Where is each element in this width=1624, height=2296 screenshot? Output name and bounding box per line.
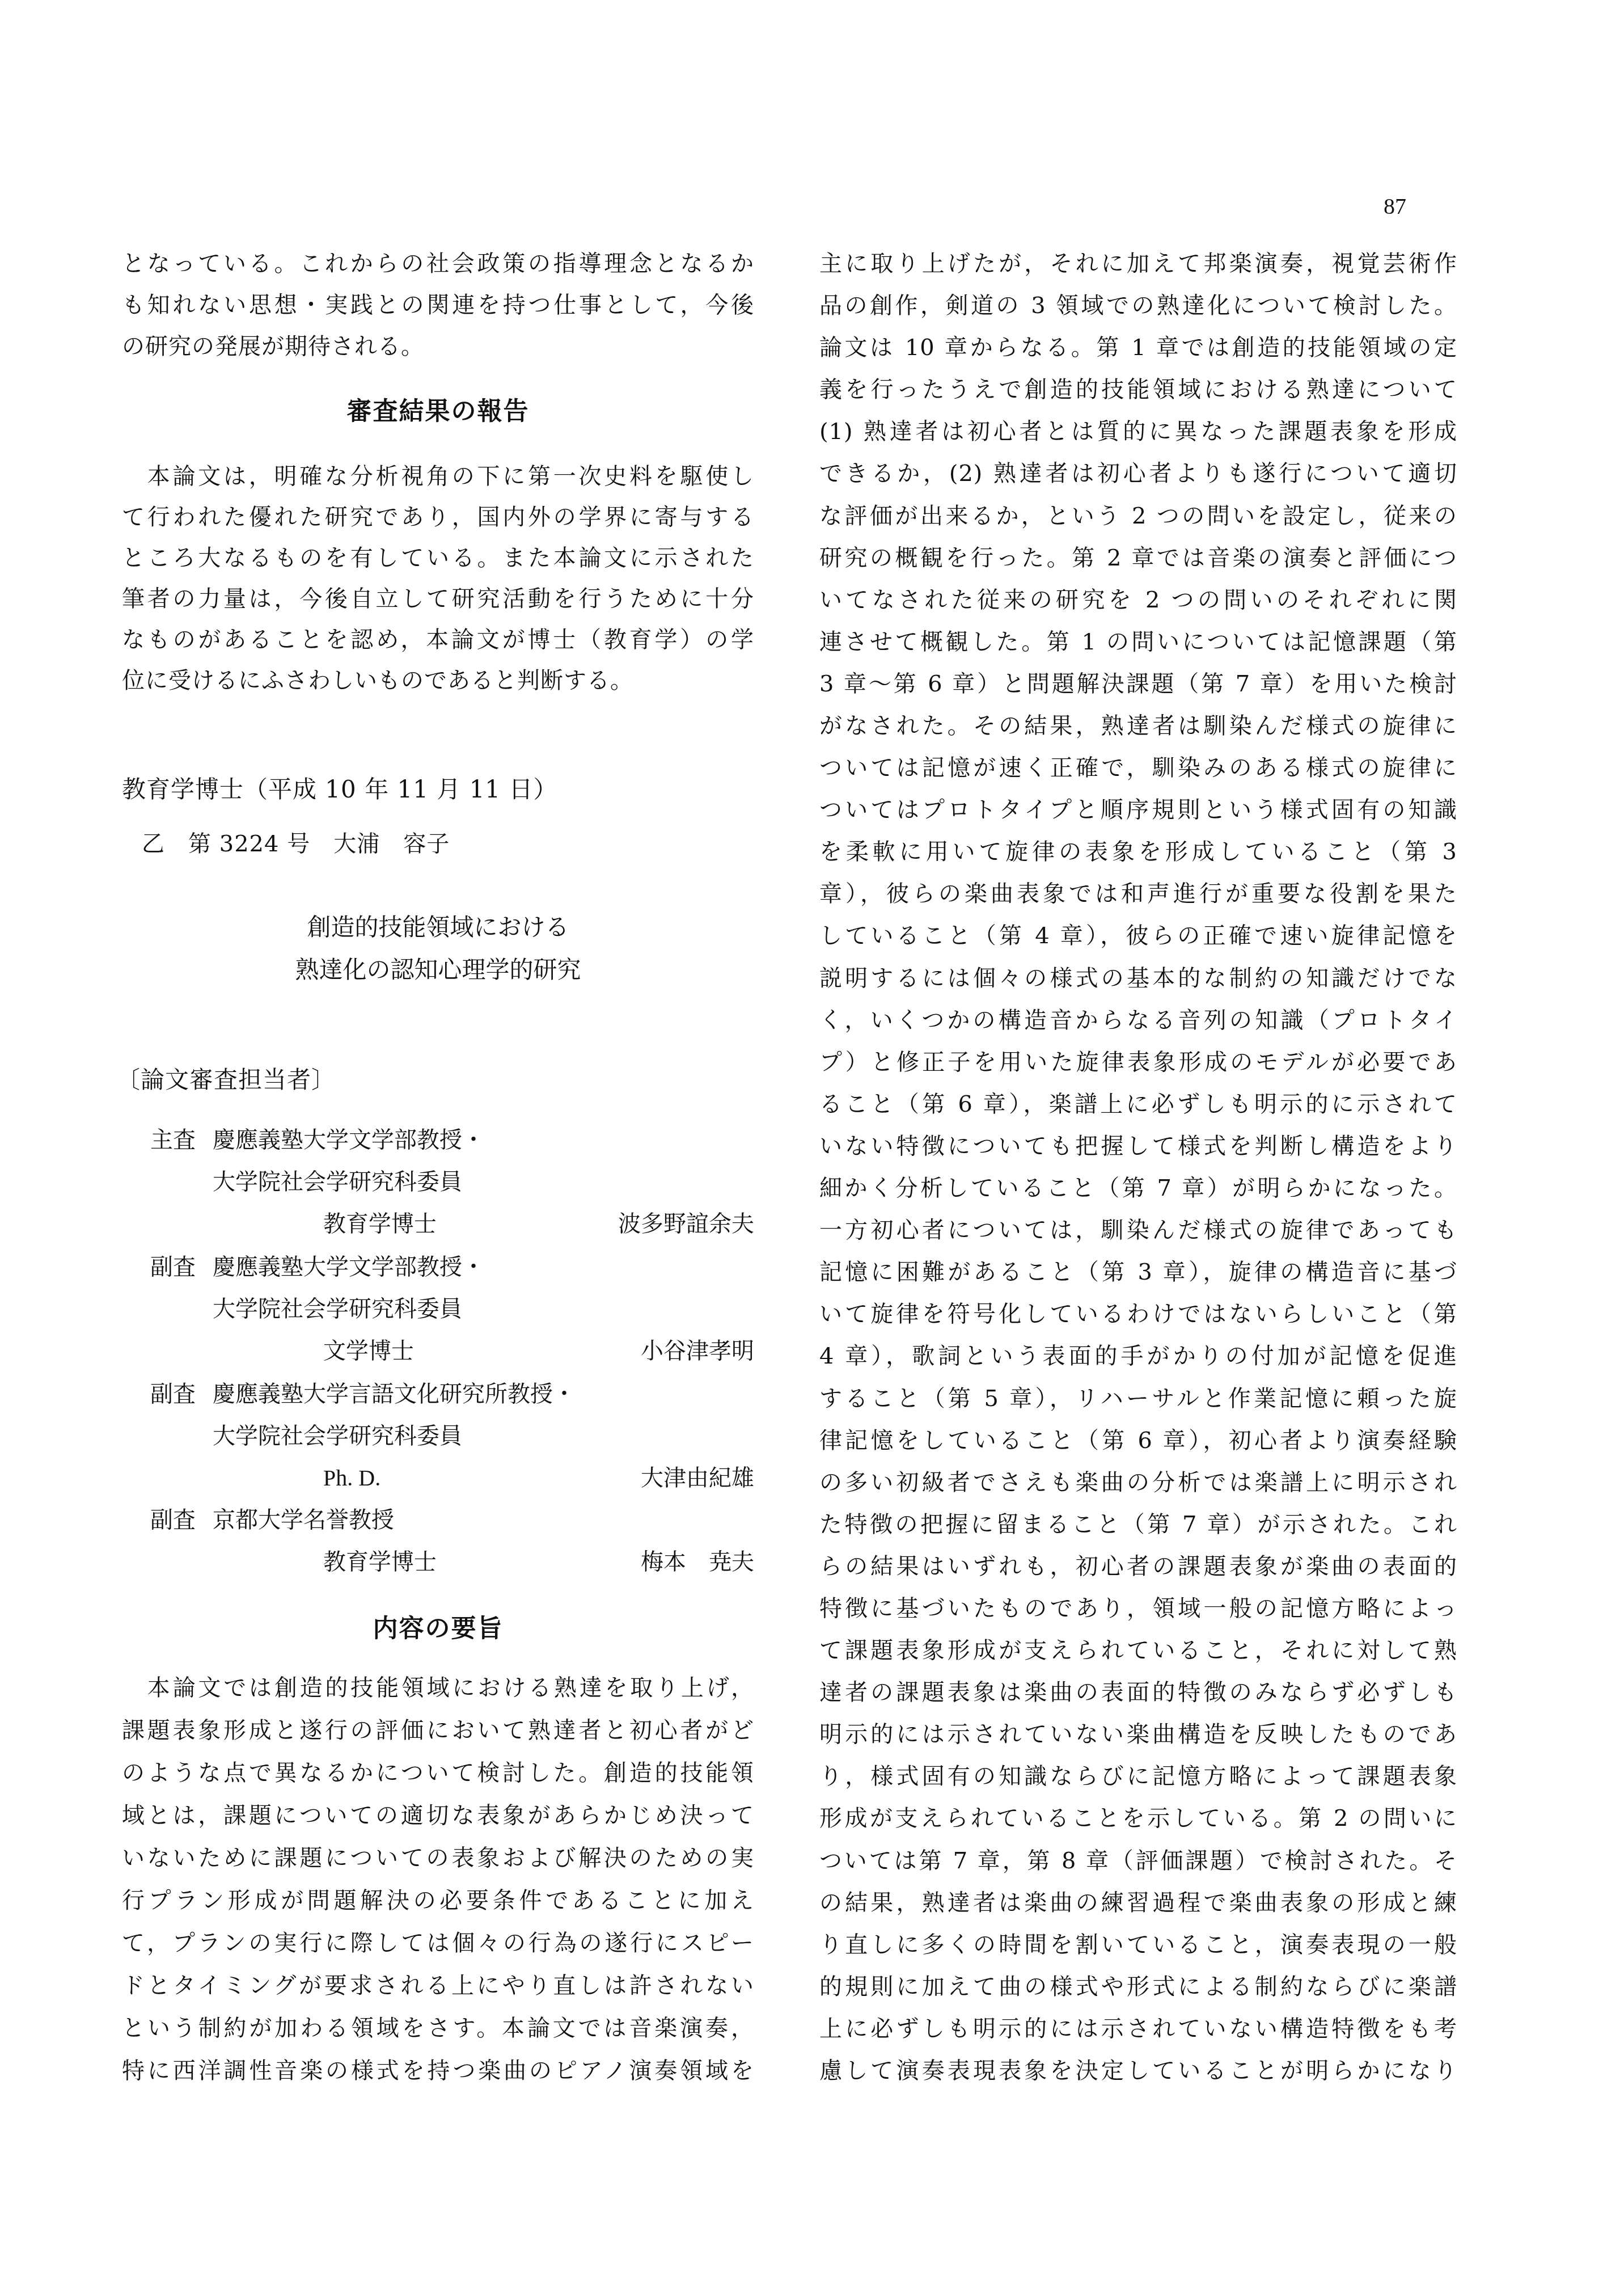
body-line: がなされた。その結果，熟達者は馴染んだ様式の旋律に: [819, 712, 1457, 740]
body-line: 的規則に加えて曲の様式や形式による制約ならびに楽譜: [819, 1973, 1457, 2000]
thesis-title-line: 熟達化の認知心理学的研究: [122, 956, 754, 984]
body-line: 説明するには個々の様式の基本的な制約の知識だけでな: [819, 965, 1457, 992]
body-line: り，様式固有の知識ならびに記憶方略によって課題表象: [819, 1763, 1457, 1790]
committee-name: 小谷津孝明: [641, 1337, 754, 1365]
committee-degree: 教育学博士: [323, 1548, 437, 1576]
summary-line: 課題表象形成と遂行の評価において熟達者と初心者がど: [122, 1717, 754, 1744]
body-line: を柔軟に用いて旋律の表象を形成していること（第 3: [819, 838, 1457, 866]
committee-affiliation: 大学院社会学研究科委員: [213, 1295, 462, 1323]
review-line: 本論文は，明確な分析視角の下に第一次史料を駆使し: [122, 463, 754, 490]
review-line: 筆者の力量は，今後自立して研究活動を行うために十分: [122, 585, 754, 613]
committee-degree: Ph. D.: [323, 1464, 380, 1492]
committee-degree: 文学博士: [323, 1337, 414, 1365]
body-line: 記憶に困難があること（第 3 章），旋律の構造音に基づ: [819, 1259, 1457, 1286]
body-line: 3 章～第 6 章）と問題解決課題（第 7 章）を用いた検討: [819, 670, 1457, 698]
review-line: て行われた優れた研究であり，国内外の学界に寄与する: [122, 504, 754, 531]
body-line: ついてはプロトタイプと順序規則という様式固有の知識: [819, 796, 1457, 824]
body-line: 形成が支えられていることを示している。第 2 の問いに: [819, 1805, 1457, 1832]
summary-line: て，プランの実行に際しては個々の行為の遂行にスピー: [122, 1930, 754, 1957]
body-line: していること（第 4 章），彼らの正確で速い旋律記憶を: [819, 922, 1457, 949]
body-line: て課題表象形成が支えられていること，それに対して熟: [819, 1637, 1457, 1664]
intro-line: も知れない思想・実践との関連を持つ仕事として，今後: [122, 292, 754, 319]
body-line: すること（第 5 章），リハーサルと作業記憶に頼った旋: [819, 1385, 1457, 1412]
committee-affiliation: 慶應義塾大学文学部教授・: [213, 1126, 485, 1154]
committee-name: 大津由紀雄: [641, 1464, 754, 1492]
body-line: ついては記憶が速く正確で，馴染みのある様式の旋律に: [819, 754, 1457, 782]
body-line: ついては第 7 章，第 8 章（評価課題）で検討された。そ: [819, 1847, 1457, 1875]
body-line: できるか，(2) 熟達者は初心者よりも遂行について適切: [819, 460, 1457, 487]
committee-role: 副査: [150, 1253, 196, 1281]
body-line: 章），彼らの楽曲表象では和声進行が重要な役割を果た: [819, 880, 1457, 908]
page-number: 87: [1384, 193, 1406, 220]
body-line: 主に取り上げたが，それに加えて邦楽演奏，視覚芸術作: [819, 250, 1457, 277]
body-line: 律記憶をしていること（第 6 章），初心者より演奏経験: [819, 1427, 1457, 1454]
summary-line: 本論文では創造的技能領域における熟達を取り上げ，: [122, 1674, 754, 1702]
committee-affiliation: 京都大学名誉教授: [213, 1506, 394, 1534]
body-line: らの結果はいずれも，初心者の課題表象が楽曲の表面的: [819, 1553, 1457, 1580]
summary-line: 行プラン形成が問題解決の必要条件であることに加え: [122, 1887, 754, 1914]
body-line: 論文は 10 章からなる。第 1 章では創造的技能領域の定: [819, 334, 1457, 361]
summary-line: いないために課題についての表象および解決のための実: [122, 1845, 754, 1872]
body-line: ること（第 6 章），楽譜上に必ずしも明示的に示されて: [819, 1091, 1457, 1118]
review-line: 位に受けるにふさわしいものであると判断する。: [122, 667, 633, 694]
body-line: いない特徴についても把握して様式を判断し構造をより: [819, 1133, 1457, 1160]
review-line: ところ大なるものを有している。また本論文に示された: [122, 545, 754, 572]
body-line: の結果，熟達者は楽曲の練習過程で楽曲表象の形成と練: [819, 1889, 1457, 1917]
thesis-title-line: 創造的技能領域における: [122, 913, 754, 942]
body-line: 品の創作，剣道の 3 領域での熟達化について検討した。: [819, 292, 1457, 319]
summary-line: ドとタイミングが要求される上にやり直しは許されない: [122, 1972, 754, 1999]
committee-role: 副査: [150, 1506, 196, 1534]
body-line: プ）と修正子を用いた旋律表象形成のモデルが必要であ: [819, 1049, 1457, 1076]
summary-line: 域とは，課題についての適切な表象があらかじめ決って: [122, 1802, 754, 1829]
body-line: 研究の概観を行った。第 2 章では音楽の演奏と評価につ: [819, 545, 1457, 572]
body-line: な評価が出来るか，という 2 つの問いを設定し，従来の: [819, 503, 1457, 530]
body-line: り直しに多くの時間を割いていること，演奏表現の一般: [819, 1931, 1457, 1959]
committee-affiliation: 慶應義塾大学言語文化研究所教授・: [213, 1381, 576, 1408]
body-line: 上に必ずしも明示的には示されていない構造特徴をも考: [819, 2015, 1457, 2042]
body-line: 一方初心者については，馴染んだ様式の旋律であっても: [819, 1217, 1457, 1244]
body-line: く，いくつかの構造音からなる音列の知識（プロトタイ: [819, 1007, 1457, 1034]
committee-degree: 教育学博士: [323, 1210, 437, 1238]
intro-line: となっている。これからの社会政策の指導理念となるか: [122, 250, 754, 277]
body-line: いて旋律を符号化しているわけではないらしいこと（第: [819, 1301, 1457, 1328]
body-line: の多い初級者でさえも楽曲の分析では楽譜上に明示され: [819, 1469, 1457, 1496]
body-line: 明示的には示されていない楽曲構造を反映したものであ: [819, 1721, 1457, 1748]
summary-line: のような点で異なるかについて検討した。創造的技能領: [122, 1759, 754, 1787]
review-heading: 審査結果の報告: [122, 397, 754, 427]
body-line: 慮して演奏表現表象を決定していることが明らかになり: [819, 2057, 1457, 2084]
body-line: 特徴に基づいたものであり，領域一般の記憶方略によっ: [819, 1595, 1457, 1622]
intro-line: の研究の発展が期待される。: [122, 333, 424, 360]
committee-name: 波多野誼余夫: [618, 1210, 754, 1238]
candidate-line: 乙 第 3224 号 大浦 容子: [142, 830, 450, 858]
committee-affiliation: 大学院社会学研究科委員: [213, 1423, 462, 1450]
committee-heading: 〔論文審査担当者〕: [116, 1066, 336, 1094]
committee-name: 梅本 尭夫: [641, 1548, 754, 1576]
degree-line: 教育学博士（平成 10 年 11 月 11 日）: [122, 776, 557, 803]
review-line: なものがあることを認め，本論文が博士（教育学）の学: [122, 626, 754, 653]
body-line: (1) 熟達者は初心者とは質的に異なった課題表象を形成: [819, 418, 1457, 445]
summary-line: 特に西洋調性音楽の様式を持つ楽曲のピアノ演奏領域を: [122, 2057, 754, 2084]
summary-line: という制約が加わる領域をさす。本論文では音楽演奏，: [122, 2015, 754, 2042]
committee-affiliation: 慶應義塾大学文学部教授・: [213, 1253, 485, 1281]
committee-role: 主査: [150, 1126, 196, 1154]
committee-role: 副査: [150, 1381, 196, 1408]
body-line: 連させて概観した。第 1 の問いについては記憶課題（第: [819, 628, 1457, 656]
body-line: 細かく分析していること（第 7 章）が明らかになった。: [819, 1175, 1457, 1202]
summary-heading: 内容の要旨: [122, 1614, 754, 1644]
body-line: 4 章），歌詞という表面的手がかりの付加が記憶を促進: [819, 1343, 1457, 1370]
body-line: 義を行ったうえで創造的技能領域における熟達について: [819, 376, 1457, 403]
committee-affiliation: 大学院社会学研究科委員: [213, 1168, 462, 1196]
body-line: 達者の課題表象は楽曲の表面的特徴のみならず必ずしも: [819, 1679, 1457, 1706]
body-line: た特徴の把握に留まること（第 7 章）が示された。これ: [819, 1511, 1457, 1538]
body-line: いてなされた従来の研究を 2 つの問いのそれぞれに関: [819, 586, 1457, 614]
